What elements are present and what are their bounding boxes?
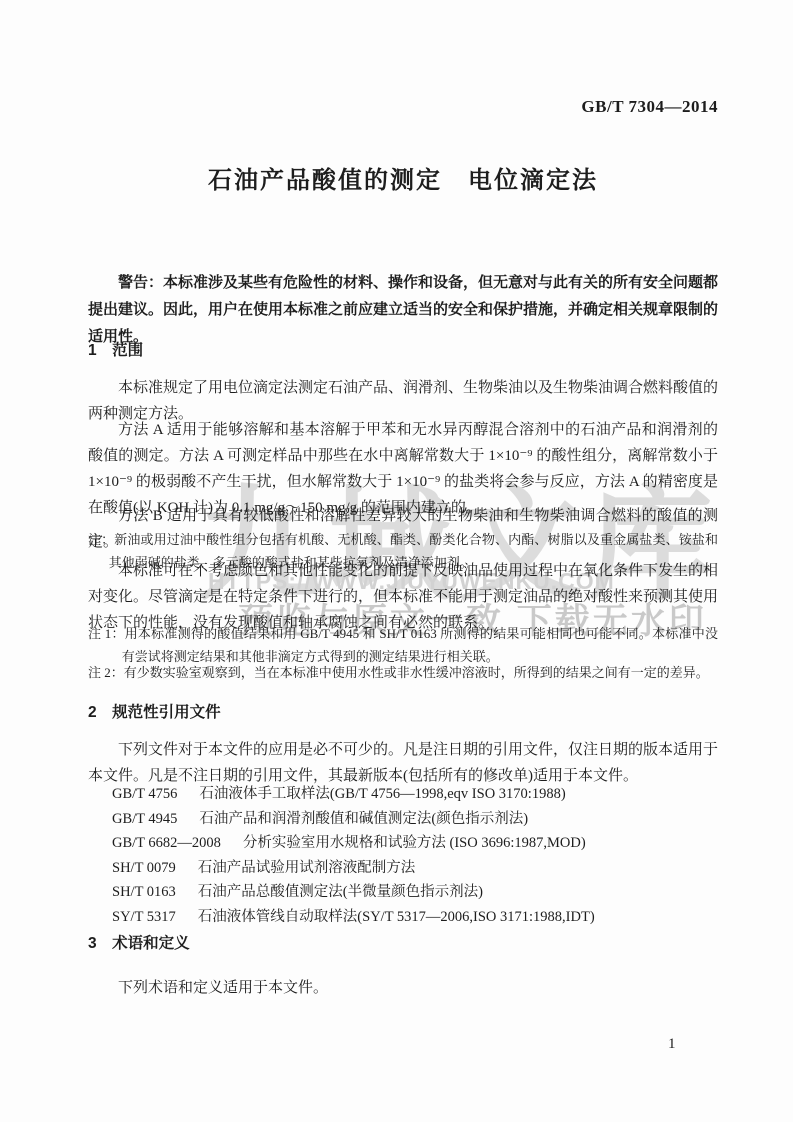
reference-item: GB/T 6682—2008 分析实验室用水规格和试验方法 (ISO 3696:… <box>112 831 718 856</box>
scope-note-2: 注 2：有少数实验室观察到，当在本标准中使用水性或非水性缓冲溶液时，所得到的结果… <box>88 661 718 684</box>
references-list: GB/T 4756 石油液体手工取样法(GB/T 4756—1998,eqv I… <box>88 782 718 929</box>
section-heading-scope: 1 范围 <box>88 338 718 360</box>
reference-title: 石油产品和润滑剂酸值和碱值测定法(颜色指示剂法) <box>199 807 528 832</box>
section-heading-terms: 3 术语和定义 <box>88 931 718 953</box>
reference-item: GB/T 4945 石油产品和润滑剂酸值和碱值测定法(颜色指示剂法) <box>112 807 718 832</box>
page-number: 1 <box>668 1036 676 1053</box>
reference-title: 石油液体手工取样法(GB/T 4756—1998,eqv ISO 3170:19… <box>199 782 565 807</box>
document-page: 九域文库 HTTPS://WWW.JIUYUWENKU.COM 预览与原文一致 … <box>0 0 793 1122</box>
reference-code: GB/T 4756 <box>112 782 177 807</box>
reference-code: SH/T 0163 <box>112 880 176 905</box>
reference-code: GB/T 4945 <box>112 807 177 832</box>
reference-code: SH/T 0079 <box>112 856 176 881</box>
reference-title: 石油产品总酸值测定法(半微量颜色指示剂法) <box>198 880 483 905</box>
reference-title: 分析实验室用水规格和试验方法 (ISO 3696:1987,MOD) <box>243 831 586 856</box>
reference-item: SH/T 0079 石油产品试验用试剂溶液配制方法 <box>112 856 718 881</box>
document-title: 石油产品酸值的测定 电位滴定法 <box>88 160 718 195</box>
section-heading-normative-references: 2 规范性引用文件 <box>88 700 718 722</box>
reference-code: GB/T 6682—2008 <box>112 831 221 856</box>
reference-item: SY/T 5317 石油液体管线自动取样法(SY/T 5317—2006,ISO… <box>112 905 718 930</box>
reference-title: 石油液体管线自动取样法(SY/T 5317—2006,ISO 3171:1988… <box>198 905 595 930</box>
reference-item: SH/T 0163 石油产品总酸值测定法(半微量颜色指示剂法) <box>112 880 718 905</box>
standard-code: GB/T 7304—2014 <box>88 97 718 117</box>
terms-intro-paragraph: 下列术语和定义适用于本文件。 <box>88 975 718 1001</box>
reference-code: SY/T 5317 <box>112 905 176 930</box>
reference-item: GB/T 4756 石油液体手工取样法(GB/T 4756—1998,eqv I… <box>112 782 718 807</box>
reference-title: 石油产品试验用试剂溶液配制方法 <box>198 856 416 881</box>
